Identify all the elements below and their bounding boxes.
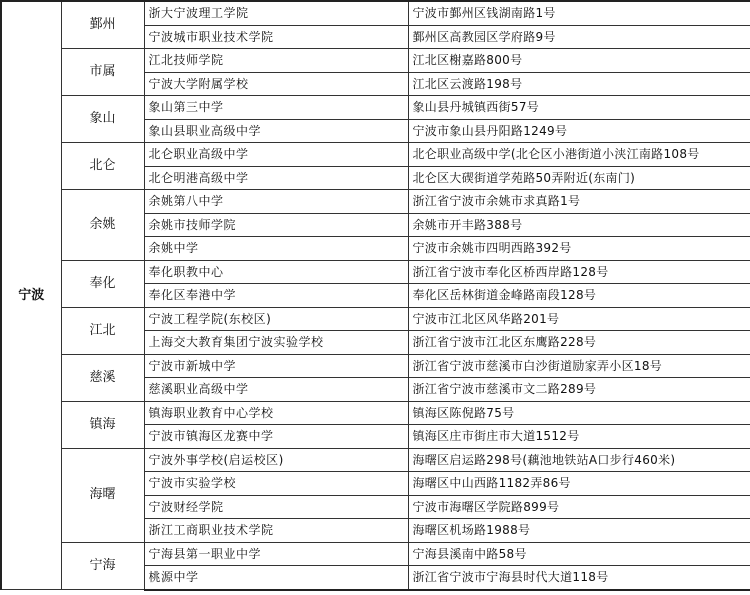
school-name-cell: 浙大宁波理工学院 [144,1,408,25]
city-cell: 宁波 [1,1,61,590]
school-name-cell: 北仑职业高级中学 [144,143,408,167]
school-name-cell: 宁波外事学校(启运校区) [144,448,408,472]
address-cell: 宁波市余姚市四明西路392号 [408,237,750,261]
address-cell: 宁波市象山县丹阳路1249号 [408,119,750,143]
table-row: 镇海镇海职业教育中心学校镇海区陈倪路75号 [1,401,750,425]
address-cell: 鄞州区高教园区学府路9号 [408,25,750,49]
table-row: 象山象山第三中学象山县丹城镇西街57号 [1,96,750,120]
school-name-cell: 宁波大学附属学校 [144,72,408,96]
district-cell: 奉化 [61,260,144,307]
school-name-cell: 北仑明港高级中学 [144,166,408,190]
address-cell: 宁波市鄞州区钱湖南路1号 [408,1,750,25]
address-cell: 北仑职业高级中学(北仑区小港街道小浃江南路108号 [408,143,750,167]
address-cell: 宁波市江北区风华路201号 [408,307,750,331]
table-row: 海曙宁波外事学校(启运校区)海曙区启运路298号(藕池地铁站A口步行460米) [1,448,750,472]
school-name-cell: 宁波市新城中学 [144,354,408,378]
school-name-cell: 余姚中学 [144,237,408,261]
district-cell: 慈溪 [61,354,144,401]
district-cell: 宁海 [61,542,144,590]
school-name-cell: 象山县职业高级中学 [144,119,408,143]
school-name-cell: 奉化职教中心 [144,260,408,284]
table-row: 市属江北技师学院江北区榭嘉路800号 [1,49,750,73]
school-name-cell: 宁波财经学院 [144,495,408,519]
district-cell: 象山 [61,96,144,143]
school-name-cell: 镇海职业教育中心学校 [144,401,408,425]
address-cell: 浙江省宁波市奉化区桥西岸路128号 [408,260,750,284]
address-cell: 浙江省宁波市慈溪市白沙街道励家弄小区18号 [408,354,750,378]
school-name-cell: 上海交大教育集团宁波实验学校 [144,331,408,355]
school-name-cell: 奉化区奉港中学 [144,284,408,308]
address-cell: 镇海区庄市街庄市大道1512号 [408,425,750,449]
address-cell: 余姚市开丰路388号 [408,213,750,237]
table-row: 宁海宁海县第一职业中学宁海县溪南中路58号 [1,542,750,566]
address-cell: 北仑区大碶街道学苑路50弄附近(东南门) [408,166,750,190]
district-cell: 海曙 [61,448,144,542]
table-row: 北仑北仑职业高级中学北仑职业高级中学(北仑区小港街道小浃江南路108号 [1,143,750,167]
school-name-cell: 余姚第八中学 [144,190,408,214]
address-cell: 浙江省宁波市宁海县时代大道118号 [408,566,750,590]
table-row: 宁波鄞州浙大宁波理工学院宁波市鄞州区钱湖南路1号 [1,1,750,25]
table-row: 余姚余姚第八中学浙江省宁波市余姚市求真路1号 [1,190,750,214]
address-cell: 江北区榭嘉路800号 [408,49,750,73]
address-cell: 江北区云渡路198号 [408,72,750,96]
school-address-table: 宁波鄞州浙大宁波理工学院宁波市鄞州区钱湖南路1号宁波城市职业技术学院鄞州区高教园… [0,0,750,591]
district-cell: 鄞州 [61,1,144,49]
school-name-cell: 宁波工程学院(东校区) [144,307,408,331]
school-name-cell: 余姚市技师学院 [144,213,408,237]
school-name-cell: 宁海县第一职业中学 [144,542,408,566]
school-name-cell: 象山第三中学 [144,96,408,120]
address-cell: 海曙区启运路298号(藕池地铁站A口步行460米) [408,448,750,472]
school-name-cell: 江北技师学院 [144,49,408,73]
address-cell: 奉化区岳林街道金峰路南段128号 [408,284,750,308]
table-row: 慈溪宁波市新城中学浙江省宁波市慈溪市白沙街道励家弄小区18号 [1,354,750,378]
address-cell: 浙江省宁波市江北区东鹰路228号 [408,331,750,355]
address-cell: 宁海县溪南中路58号 [408,542,750,566]
district-cell: 北仑 [61,143,144,190]
school-name-cell: 宁波城市职业技术学院 [144,25,408,49]
district-cell: 江北 [61,307,144,354]
address-cell: 宁波市海曙区学院路899号 [408,495,750,519]
address-cell: 浙江省宁波市慈溪市文二路289号 [408,378,750,402]
school-name-cell: 宁波市实验学校 [144,472,408,496]
school-name-cell: 浙江工商职业技术学院 [144,519,408,543]
district-cell: 市属 [61,49,144,96]
district-cell: 余姚 [61,190,144,261]
district-cell: 镇海 [61,401,144,448]
address-cell: 浙江省宁波市余姚市求真路1号 [408,190,750,214]
table-row: 江北宁波工程学院(东校区)宁波市江北区风华路201号 [1,307,750,331]
table-row: 奉化奉化职教中心浙江省宁波市奉化区桥西岸路128号 [1,260,750,284]
address-cell: 海曙区机场路1988号 [408,519,750,543]
school-name-cell: 宁波市镇海区龙赛中学 [144,425,408,449]
address-cell: 象山县丹城镇西街57号 [408,96,750,120]
address-cell: 海曙区中山西路1182弄86号 [408,472,750,496]
address-cell: 镇海区陈倪路75号 [408,401,750,425]
school-name-cell: 桃源中学 [144,566,408,590]
school-name-cell: 慈溪职业高级中学 [144,378,408,402]
